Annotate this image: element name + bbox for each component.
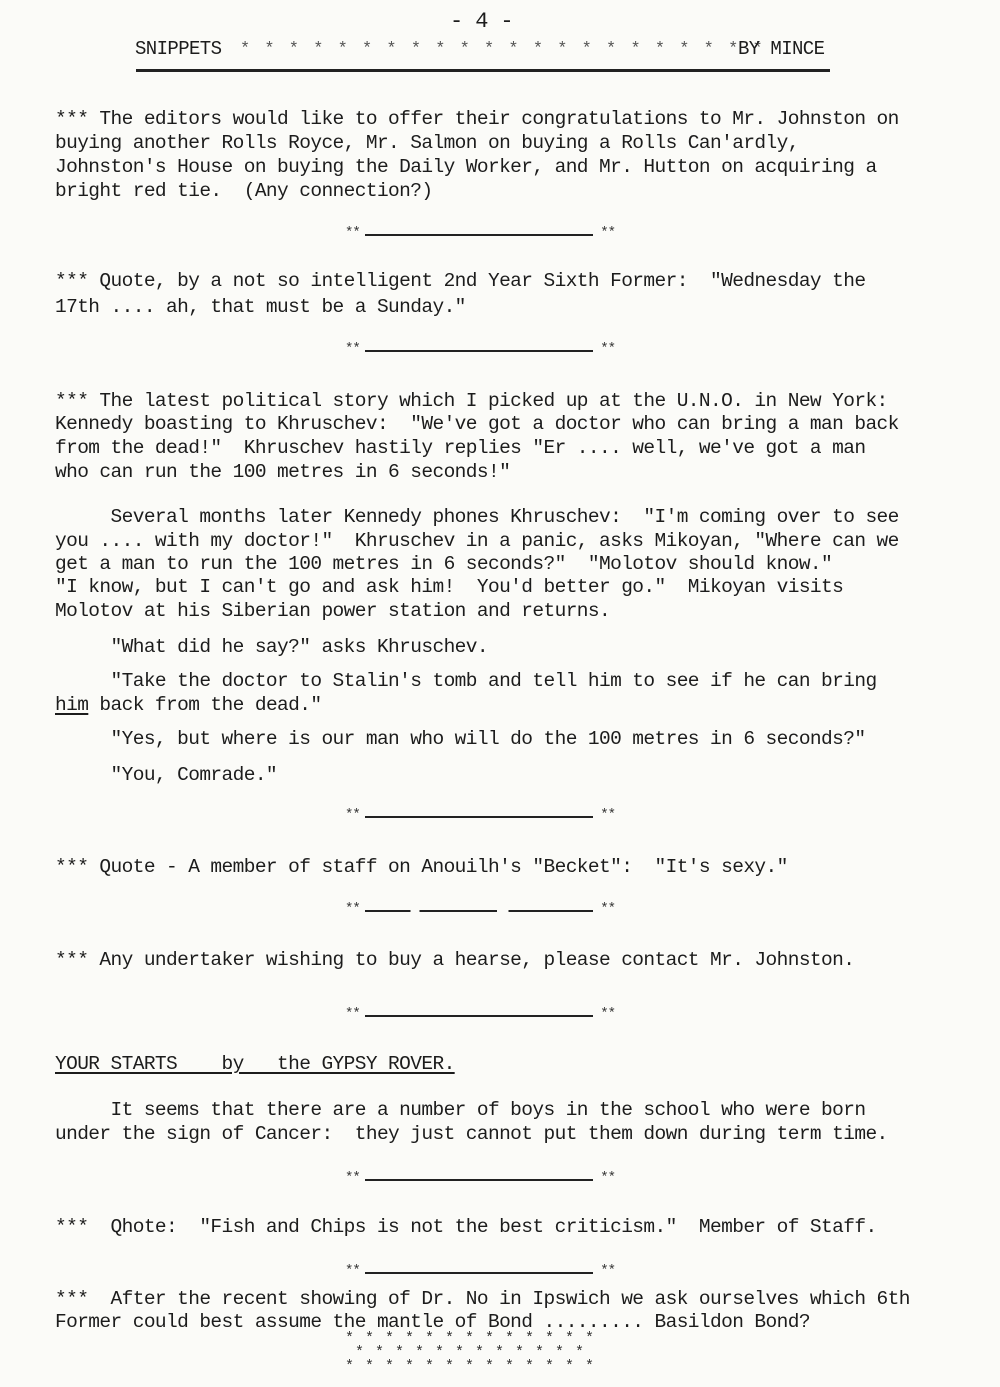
snippet-editors-line-2: buying another Rolls Royce, Mr. Salmon o… xyxy=(55,132,799,155)
divider-stars-right: ** xyxy=(600,807,615,823)
divider-stars-right: ** xyxy=(600,1170,615,1186)
header-star-row: * * * * * * * * * * * * * * * * * * * * … xyxy=(240,38,765,61)
snippet-political-line-1: *** The latest political story which I p… xyxy=(55,390,888,413)
section-divider: ** ** xyxy=(345,227,615,243)
header-rule xyxy=(136,69,830,72)
section-divider: ** ** xyxy=(345,1172,615,1188)
emphasis-him: him xyxy=(55,694,88,716)
political-yes-but: "Yes, but where is our man who will do t… xyxy=(55,728,865,751)
page-number: - 4 - xyxy=(450,10,513,33)
section-divider: ** ** xyxy=(345,1265,615,1281)
political-later-line-4: "I know, but I can't go and ask him! You… xyxy=(55,576,843,599)
divider-stars-right: ** xyxy=(600,341,615,357)
divider-stars-left: ** xyxy=(345,225,360,241)
divider-stars-left: ** xyxy=(345,1170,360,1186)
divider-stars-left: ** xyxy=(345,901,360,917)
snippet-editors-line-4: bright red tie. (Any connection?) xyxy=(55,180,432,203)
divider-stars-left: ** xyxy=(345,341,360,357)
political-take-doctor-line-2: him back from the dead." xyxy=(55,694,321,717)
your-starts-line-2: under the sign of Cancer: they just cann… xyxy=(55,1123,888,1146)
political-later-line-1: Several months later Kennedy phones Khru… xyxy=(55,506,899,529)
section-divider: ** ** xyxy=(345,903,615,919)
snippet-fish-chips: *** Qhote: "Fish and Chips is not the be… xyxy=(55,1216,877,1239)
snippet-political-line-3: from the dead!" Khruschev hastily replie… xyxy=(55,437,865,460)
snippet-political-line-2: Kennedy boasting to Khruschev: "We've go… xyxy=(55,413,899,436)
snippet-sunday-line-1: *** Quote, by a not so intelligent 2nd Y… xyxy=(55,270,865,293)
section-divider: ** ** xyxy=(345,809,615,825)
divider-stars-left: ** xyxy=(345,807,360,823)
divider-stars-right: ** xyxy=(600,901,615,917)
snippet-hearse: *** Any undertaker wishing to buy a hear… xyxy=(55,949,854,972)
snippet-sunday-line-2: 17th .... ah, that must be a Sunday." xyxy=(55,296,466,319)
closing-star-block: * * * * * * * * * * * * * * * * * * * * … xyxy=(345,1332,595,1374)
snippet-editors-line-3: Johnston's House on buying the Daily Wor… xyxy=(55,156,877,179)
divider-line xyxy=(365,234,593,236)
divider-stars-right: ** xyxy=(600,225,615,241)
snippet-editors-line-1: *** The editors would like to offer thei… xyxy=(55,108,899,131)
divider-line xyxy=(365,910,593,912)
section-divider: ** ** xyxy=(345,343,615,359)
political-later-line-5: Molotov at his Siberian power station an… xyxy=(55,600,610,623)
newsletter-page: - 4 - SNIPPETS * * * * * * * * * * * * *… xyxy=(0,0,1000,1387)
divider-line xyxy=(365,350,593,352)
take-doctor-rest: back from the dead." xyxy=(88,694,321,716)
closing-stars-row: * * * * * * * * * * * * * xyxy=(345,1360,595,1374)
section-divider: ** ** xyxy=(345,1008,615,1024)
column-title: SNIPPETS xyxy=(135,38,221,61)
political-what-did-he-say: "What did he say?" asks Khruschev. xyxy=(55,636,488,659)
snippet-becket: *** Quote - A member of staff on Anouilh… xyxy=(55,856,788,879)
divider-line xyxy=(365,816,593,818)
column-byline: BY MINCE xyxy=(738,38,824,61)
your-starts-line-1: It seems that there are a number of boys… xyxy=(55,1099,865,1122)
political-later-line-2: you .... with my doctor!" Khruschev in a… xyxy=(55,530,899,553)
divider-line xyxy=(365,1015,593,1017)
divider-stars-right: ** xyxy=(600,1263,615,1279)
divider-line xyxy=(365,1179,593,1181)
political-later-line-3: get a man to run the 100 metres in 6 sec… xyxy=(55,553,832,576)
political-take-doctor-line-1: "Take the doctor to Stalin's tomb and te… xyxy=(55,670,877,693)
snippet-bond-line-1: *** After the recent showing of Dr. No i… xyxy=(55,1288,910,1311)
divider-stars-left: ** xyxy=(345,1006,360,1022)
divider-stars-left: ** xyxy=(345,1263,360,1279)
snippet-political-line-4: who can run the 100 metres in 6 seconds!… xyxy=(55,461,510,484)
political-you-comrade: "You, Comrade." xyxy=(55,764,277,787)
divider-line xyxy=(365,1272,593,1274)
your-starts-heading: YOUR STARTS by the GYPSY ROVER. xyxy=(55,1053,455,1076)
divider-stars-right: ** xyxy=(600,1006,615,1022)
